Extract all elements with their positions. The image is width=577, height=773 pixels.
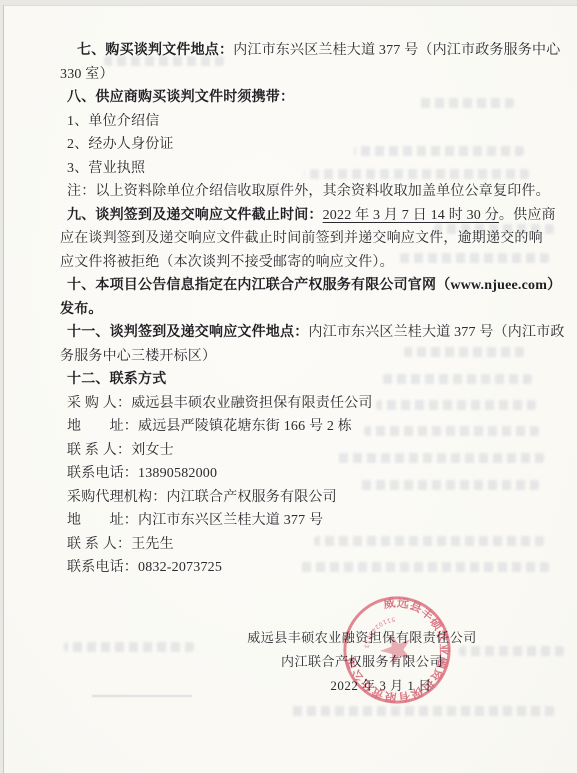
text-segment: 3、营业执照 — [67, 161, 145, 176]
text-line: 发布。 — [60, 298, 540, 322]
text-segment: 七、购买谈判文件地点： — [77, 43, 233, 58]
text-segment: 330 室） — [60, 67, 114, 82]
text-segment: 2022 年 3 月 7 日 14 时 30 分 — [323, 208, 499, 223]
text-line: 2、经办人身份证 — [67, 133, 540, 157]
text-line: 采 购 人：威远县丰硕农业融资担保有限责任公司 — [67, 392, 540, 416]
text-line: 330 室） — [60, 63, 540, 87]
text-segment: 联 系 人：王先生 — [67, 537, 174, 552]
text-line: 联 系 人：刘女士 — [67, 439, 540, 463]
text-segment: 应在谈判签到及递交响应文件截止时间前签到并递交响应文件，逾期递交的响 — [60, 231, 543, 246]
bleedthrough-mark — [289, 706, 554, 716]
text-line: 八、供应商购买谈判文件时须携带： — [67, 86, 540, 110]
text-segment: 2、经办人身份证 — [67, 137, 174, 152]
text-line: 联系电话：13890582000 — [67, 462, 540, 486]
text-segment: 联系电话：0832-2073725 — [67, 560, 222, 575]
text-segment: 地 址：内江市东兴区兰桂大道 377 号 — [67, 513, 323, 528]
text-segment: 地 址：威远县严陵镇花塘东街 166 号 2 栋 — [67, 419, 352, 434]
text-segment: 内江市东兴区兰桂大道 377 号（内江市政务服务中心 — [233, 43, 560, 58]
text-segment: 采 购 人：威远县丰硕农业融资担保有限责任公司 — [67, 396, 373, 411]
text-segment: 十二、联系方式 — [67, 372, 166, 387]
signature-date: 2022 年 3 月 1 日 — [261, 674, 501, 698]
text-line: 采购代理机构：内江联合产权服务有限公司 — [67, 486, 540, 510]
text-line: 1、单位介绍信 — [67, 110, 540, 134]
signature-agency-name: 内江联合产权服务有限公司 — [242, 650, 482, 674]
text-line: 应在谈判签到及递交响应文件截止时间前签到并递交响应文件，逾期递交的响 — [60, 227, 540, 251]
text-segment: 应文件将被拒绝（本次谈判不接受邮寄的响应文件）。 — [60, 255, 394, 270]
text-line: 地 址：内江市东兴区兰桂大道 377 号 — [67, 509, 540, 533]
text-segment: 九、谈判签到及递交响应文件截止时间： — [67, 208, 323, 223]
signature-purchaser-name: 威远县丰硕农业融资担保有限责任公司 — [242, 626, 482, 650]
text-line: 注：以上资料除单位介绍信收取原件外，其余资料收取加盖单位公章复印件。 — [67, 180, 540, 204]
text-segment: 十一、谈判签到及递交响应文件地点： — [67, 325, 308, 340]
text-segment: 注：以上资料除单位介绍信收取原件外，其余资料收取加盖单位公章复印件。 — [67, 184, 550, 199]
text-segment: 。供应商 — [499, 208, 556, 223]
text-line: 十、本项目公告信息指定在内江联合产权服务有限公司官网（www.njuee.com… — [67, 274, 540, 298]
text-line: 十二、联系方式 — [67, 368, 540, 392]
text-line: 3、营业执照 — [67, 157, 540, 181]
text-line: 地 址：威远县严陵镇花塘东街 166 号 2 栋 — [67, 415, 540, 439]
text-segment: 务服务中心三楼开标区） — [60, 349, 216, 364]
text-segment: 内江市东兴区兰桂大道 377 号（内江市政 — [308, 325, 564, 340]
text-segment: 联系电话：13890582000 — [67, 466, 217, 481]
text-line: 应文件将被拒绝（本次谈判不接受邮寄的响应文件）。 — [60, 251, 540, 275]
text-line: 九、谈判签到及递交响应文件截止时间：2022 年 3 月 7 日 14 时 30… — [67, 204, 540, 228]
text-segment: 八、供应商购买谈判文件时须携带： — [67, 90, 294, 105]
document-body: 七、购买谈判文件地点：内江市东兴区兰桂大道 377 号（内江市政务服务中心330… — [60, 39, 540, 580]
document-page: 七、购买谈判文件地点：内江市东兴区兰桂大道 377 号（内江市政务服务中心330… — [3, 5, 577, 773]
bleedthrough-mark — [92, 695, 192, 697]
text-line: 十一、谈判签到及递交响应文件地点：内江市东兴区兰桂大道 377 号（内江市政 — [67, 321, 540, 345]
text-line: 联 系 人：王先生 — [67, 533, 540, 557]
text-line: 七、购买谈判文件地点：内江市东兴区兰桂大道 377 号（内江市政务服务中心 — [77, 39, 540, 63]
text-segment: 采购代理机构：内江联合产权服务有限公司 — [67, 490, 337, 505]
text-line: 联系电话：0832-2073725 — [67, 556, 540, 580]
signature-block: 威远县丰硕农业融资担保有限责任公司 内江联合产权服务有限公司 2022 年 3 … — [242, 626, 482, 698]
text-segment: 联 系 人：刘女士 — [67, 443, 174, 458]
text-segment: 十、本项目公告信息指定在内江联合产权服务有限公司官网（www.njuee.com… — [67, 278, 561, 293]
text-line: 务服务中心三楼开标区） — [60, 345, 540, 369]
text-segment: 1、单位介绍信 — [67, 114, 159, 129]
text-segment: 发布。 — [60, 302, 103, 317]
bleedthrough-mark — [64, 642, 194, 652]
